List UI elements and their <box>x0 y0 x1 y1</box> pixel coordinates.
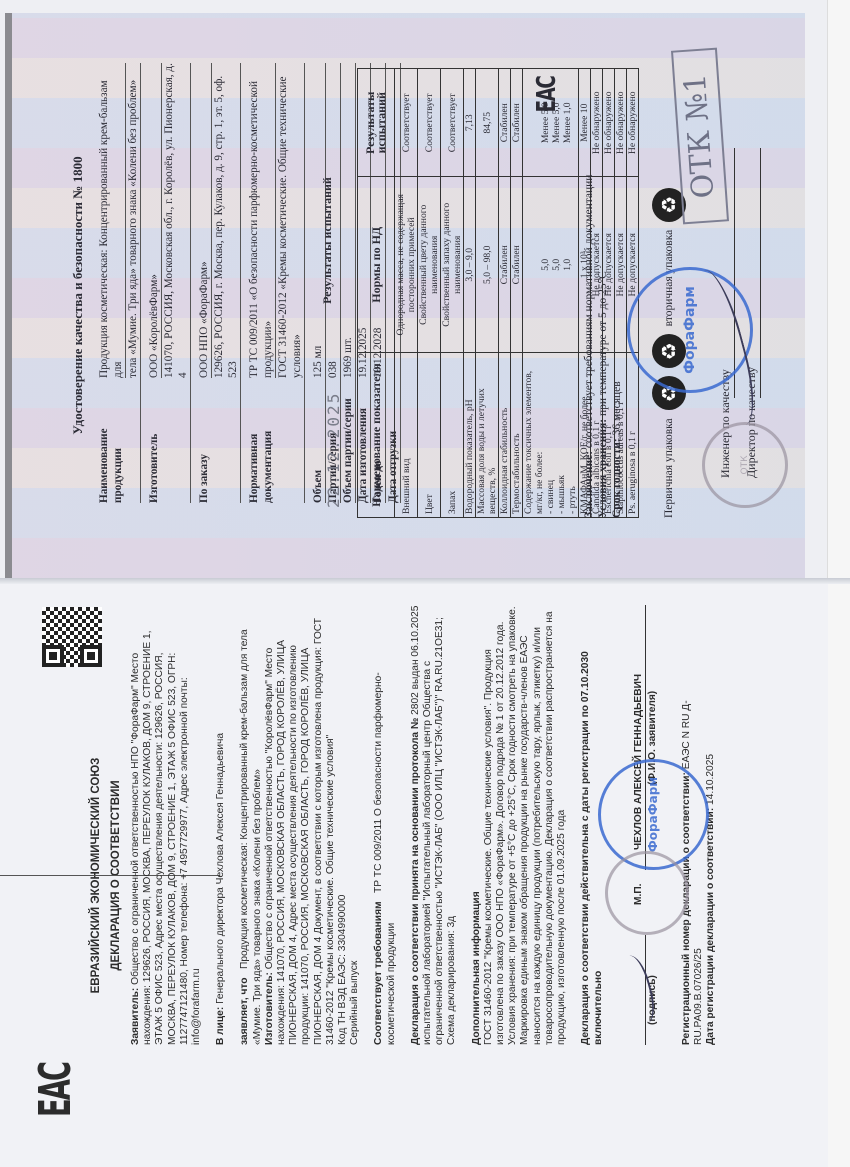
conclusion-text: соответствует требованиям нормативной до… <box>583 175 595 449</box>
field-value: ООО НПО «ФораФарм»129626, РОССИЯ, г. Мос… <box>197 63 240 378</box>
table-row: Массовая доля воды и летучих веществ, %5… <box>476 69 499 518</box>
table-cell: Цвет <box>418 353 441 518</box>
table-cell: Стабилен <box>511 69 523 178</box>
table-row: Коллоидная стабильностьСтабиленСтабилен <box>499 69 511 518</box>
additional-text: ГОСТ 31460-2012 "Кремы косметические. Об… <box>483 606 567 1045</box>
table-row: Ps. aeruginosa в 0,1 гНе допускаетсяНе о… <box>627 69 639 518</box>
eac-logo: EAC <box>532 77 562 113</box>
table-row: ЗапахСвойственный запаху данного наимено… <box>441 69 464 518</box>
person-section: В лице: Генерального директора Чехлова А… <box>215 605 227 1045</box>
reg-date-label: Дата регистрации декларации о соответств… <box>705 808 716 1045</box>
hs-code: Код ТН ВЭД ЕАЭС: 3304990000 <box>337 605 349 1045</box>
table-row: Содержание токсичных элементов, мг/кг, н… <box>523 69 579 518</box>
complies-label: Соответствует требованиям <box>373 901 384 1045</box>
states-label: заявляет, что <box>239 978 250 1046</box>
table-cell: Массовая доля воды и летучих веществ, % <box>476 353 499 518</box>
table-header: Результаты испытаний <box>358 69 395 178</box>
table-cell: Стабилен <box>499 177 511 353</box>
maker-label: Изготовитель: <box>264 972 275 1045</box>
person-text: Генерального директора Чехлова Алексея Г… <box>215 733 226 1004</box>
certificate-field-row: Нормативная документацияТР ТС 009/2011 «… <box>247 63 305 503</box>
table-header: Наименование показателя <box>358 353 395 518</box>
person-label: В лице: <box>215 1007 226 1045</box>
field-value: ТР ТС 009/2011 «О безопасности парфюмерн… <box>247 63 304 378</box>
conclusion-label: Заключение: <box>583 451 595 518</box>
field-label: Нормативная документация <box>247 378 304 503</box>
table-cell: 5,0 – 98,0 <box>476 177 499 353</box>
applicant-text: Общество с ограниченной ответственностью… <box>130 631 202 1045</box>
table-header: Нормы по НД <box>358 177 395 353</box>
table-cell: Не обнаружено <box>603 69 615 178</box>
basis-section: Декларация о соответствии принята на осн… <box>410 605 459 1045</box>
eac-logo: EAC <box>50 1063 62 1117</box>
primary-pack-label: Первичная упаковка <box>663 418 675 518</box>
table-cell: Соответствует <box>418 69 441 178</box>
table-cell: Стабилен <box>499 69 511 178</box>
table-cell: Однородная масса, не содержащая посторон… <box>395 177 418 353</box>
table-cell: Коллоидная стабильность <box>499 353 511 518</box>
storage-text: при температуре от 5 до 25°С <box>597 271 609 416</box>
quality-stamp: ОТК <box>702 422 788 508</box>
field-value: Продукция косметическая: Концентрированн… <box>97 63 140 378</box>
additional-label: Дополнительная информация <box>471 891 482 1045</box>
product-section: заявляет, что Продукция косметическая: К… <box>239 605 263 1045</box>
certificate-field-row: По заказуООО НПО «ФораФарм»129626, РОССИ… <box>197 63 241 503</box>
table-cell: Ps. aeruginosa в 0,1 г <box>627 353 639 518</box>
table-cell: Внешний вид <box>395 353 418 518</box>
quality-certificate-page: Удостоверение качества и безопасности № … <box>5 13 805 578</box>
table-cell: 7,13 <box>464 69 476 178</box>
table-cell: 84,75 <box>476 69 499 178</box>
basis-label: Декларация о соответствии принята на осн… <box>410 718 421 1045</box>
shelf-label: Срок годности: <box>611 438 623 518</box>
applicant-section: Заявитель: Общество с ограниченной ответ… <box>130 605 203 1045</box>
table-row: ЦветСвойственный цвету данного наименова… <box>418 69 441 518</box>
table-cell: Соответствует <box>441 69 464 178</box>
declaration-body: Заявитель: Общество с ограниченной ответ… <box>130 605 717 1045</box>
validity-text: Декларация о соответствии действительна … <box>580 651 603 1045</box>
applicant-label: Заявитель: <box>130 988 141 1045</box>
signature-block: (подпись) М.П. ЧЕХЛОВ АЛЕКСЕЙ ГЕННАДЬЕВИ… <box>623 605 673 1045</box>
quality-certificate: Удостоверение качества и безопасности № … <box>5 13 805 578</box>
complies-section: Соответствует требованиям ТР ТС 009/2011… <box>373 605 397 1045</box>
table-cell: Стабилен <box>511 177 523 353</box>
certificate-field-row: ИзготовительООО «КоролёвФарм»141070, РОС… <box>147 63 191 503</box>
field-value: ООО «КоролёвФарм»141070, РОССИЯ, Московс… <box>147 63 190 378</box>
table-cell: 3,0 – 9,0 <box>464 177 476 353</box>
field-label: По заказу <box>197 378 240 503</box>
table-cell: Водородный показатель, pH <box>464 353 476 518</box>
table-cell: Не обнаружено <box>627 69 639 178</box>
storage-label: Условия хранения: <box>597 419 609 518</box>
field-label: Изготовитель <box>147 378 190 503</box>
table-cell: Термостабильность <box>511 353 523 518</box>
table-row: ТермостабильностьСтабиленСтабилен <box>511 69 523 518</box>
certificate-fields: Наименование продукцииПродукция косметич… <box>97 63 401 503</box>
declaration-of-conformity: EAC ЕВРАЗИЙСКИЙ ЭКОНОМИЧЕСКИЙ СОЮЗ ДЕКЛА… <box>0 584 828 1167</box>
table-cell: Не обнаружено <box>591 69 603 178</box>
table-cell: Запах <box>441 353 464 518</box>
results-title: Результаты испытаний <box>320 13 335 578</box>
company-seal-faded <box>605 851 689 935</box>
table-row: Внешний видОднородная масса, не содержащ… <box>395 69 418 518</box>
serial-release: Серийный выпуск <box>349 605 361 1045</box>
table-row: Водородный показатель, pH3,0 – 9,07,13 <box>464 69 476 518</box>
reg-date: 14.10.2025 <box>705 754 716 805</box>
certificate-field-row: Объем партии/серии1969 шт. <box>341 63 356 503</box>
additional-section: Дополнительная информацияГОСТ 31460-2012… <box>471 605 569 1045</box>
table-cell: Содержание токсичных элементов, мг/кг, н… <box>523 353 579 518</box>
maker-section: Изготовитель: Общество с ограниченной от… <box>264 605 337 1045</box>
field-label: Наименование продукции <box>97 378 140 503</box>
table-cell: Свойственный цвету данного наименования <box>418 177 441 353</box>
field-value: 1969 шт. <box>341 63 355 378</box>
table-cell: Соответствует <box>395 69 418 178</box>
certificate-field-row: Наименование продукцииПродукция косметич… <box>97 63 141 503</box>
shelf-text: 36 месяцев <box>611 381 623 435</box>
certificate-title: Удостоверение качества и безопасности № … <box>70 13 86 578</box>
signature-line <box>760 148 761 398</box>
table-cell: Менее 10 <box>579 69 591 178</box>
table-cell: 5,05,01,0 <box>523 177 579 353</box>
field-label: Объем партии/серии <box>341 378 355 503</box>
conclusion-block: Заключение: соответствует требованиям но… <box>582 175 624 518</box>
table-cell: Свойственный запаху данного наименования <box>441 177 464 353</box>
declaration-page: EAC ЕВРАЗИЙСКИЙ ЭКОНОМИЧЕСКИЙ СОЮЗ ДЕКЛА… <box>0 584 828 1167</box>
table-cell: Не обнаружено <box>615 69 627 178</box>
